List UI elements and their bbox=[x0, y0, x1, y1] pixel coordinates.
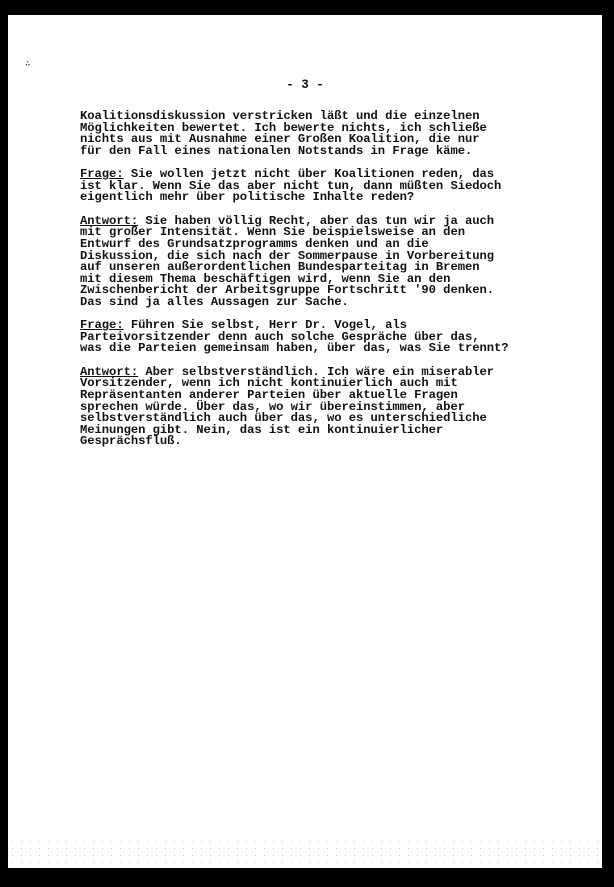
line: Das sind ja alles Aussagen zur Sache. bbox=[80, 295, 349, 309]
page-number: - 3 - bbox=[8, 78, 602, 92]
line: Gesprächsfluß. bbox=[80, 434, 182, 448]
paragraph-question: Frage: Sie wollen jetzt nicht über Koali… bbox=[80, 169, 520, 204]
line: was die Parteien gemeinsam haben, über d… bbox=[80, 341, 509, 355]
paragraph-intro-continuation: Koalitionsdiskussion verstricken läßt un… bbox=[80, 111, 520, 157]
line: für den Fall eines nationalen Notstands … bbox=[80, 144, 472, 158]
scanned-page: ∴ - 3 - Koalitionsdiskussion verstricken… bbox=[8, 15, 602, 868]
line: eigentlich mehr über politische Inhalte … bbox=[80, 190, 414, 204]
scan-noise bbox=[8, 838, 602, 868]
document-body: Koalitionsdiskussion verstricken läßt un… bbox=[80, 111, 520, 460]
paragraph-question: Frage: Führen Sie selbst, Herr Dr. Vogel… bbox=[80, 320, 520, 355]
paragraph-answer: Antwort: Aber selbstverständlich. Ich wä… bbox=[80, 367, 520, 448]
corner-mark: ∴ bbox=[25, 59, 30, 69]
paragraph-answer: Antwort: Sie haben völlig Recht, aber da… bbox=[80, 216, 520, 309]
